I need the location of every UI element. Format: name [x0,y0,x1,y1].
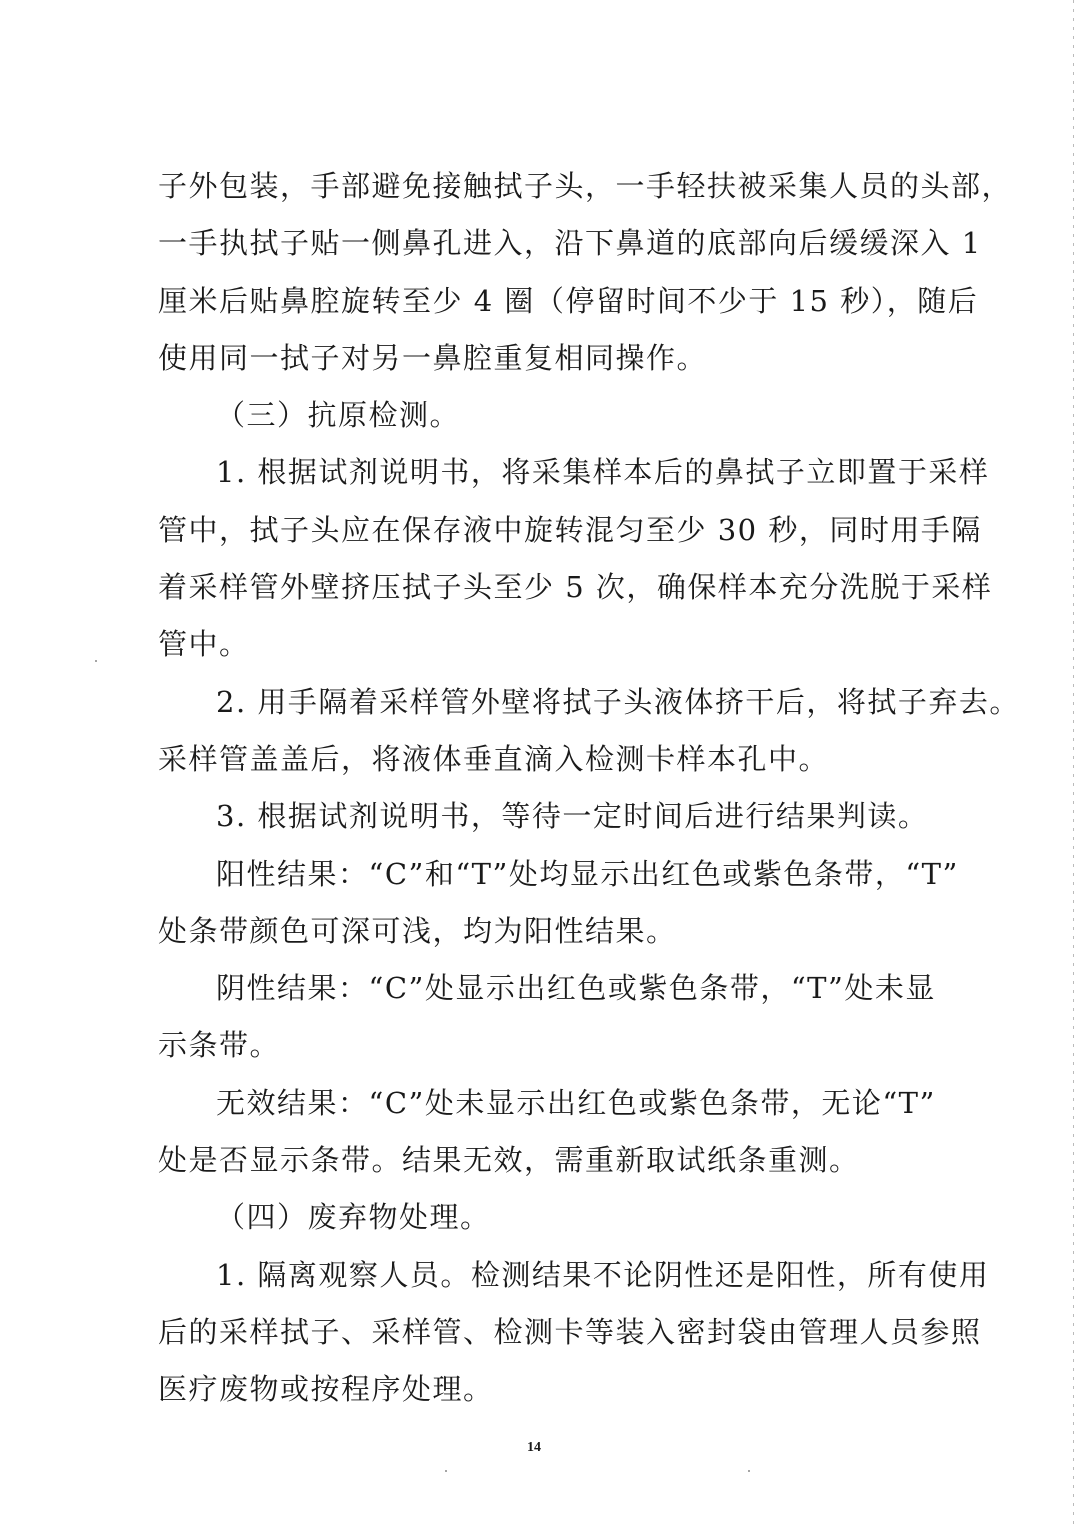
text-line: 使用同一拭子对另一鼻腔重复相同操作。 [158,330,908,387]
text-line: 3. 根据试剂说明书，等待一定时间后进行结果判读。 [158,788,908,845]
text-line: 1. 根据试剂说明书，将采集样本后的鼻拭子立即置于采样 [158,444,908,501]
document-page: 子外包装，手部避免接触拭子头，一手轻扶被采集人员的头部， 一手执拭子贴一侧鼻孔进… [0,0,1080,1525]
result-positive-line: 阳性结果：“C”和“T”处均显示出红色或紫色条带，“T” [158,846,908,903]
text-line: 处条带颜色可深可浅，均为阳性结果。 [158,903,908,960]
scan-speck [748,1470,750,1472]
scan-speck [445,1470,447,1472]
text-line: 管中。 [158,616,908,673]
text-line: 厘米后贴鼻腔旋转至少 4 圈（停留时间不少于 15 秒），随后 [158,273,908,330]
text-line: 1. 隔离观察人员。检测结果不论阴性还是阳性，所有使用 [158,1247,908,1304]
text-line: 子外包装，手部避免接触拭子头，一手轻扶被采集人员的头部， [158,158,908,215]
text-line: 后的采样拭子、采样管、检测卡等装入密封袋由管理人员参照 [158,1304,908,1361]
text-line: 医疗废物或按程序处理。 [158,1361,908,1418]
text-line: 2. 用手隔着采样管外壁将拭子头液体挤干后，将拭子弃去。 [158,674,908,731]
page-edge-divider [1073,0,1074,1525]
section-heading-waste-disposal: （四）废弃物处理。 [158,1189,908,1246]
text-line: 处是否显示条带。结果无效，需重新取试纸条重测。 [158,1132,908,1189]
result-invalid-line: 无效结果：“C”处未显示出红色或紫色条带，无论“T” [158,1075,908,1132]
result-negative-line: 阴性结果：“C”处显示出红色或紫色条带，“T”处未显 [158,960,908,1017]
page-body: 子外包装，手部避免接触拭子头，一手轻扶被采集人员的头部， 一手执拭子贴一侧鼻孔进… [158,158,908,1419]
scan-speck [95,660,97,662]
text-line: 示条带。 [158,1017,908,1074]
text-line: 采样管盖盖后，将液体垂直滴入检测卡样本孔中。 [158,731,908,788]
page-number: 14 [527,1440,541,1456]
text-line: 一手执拭子贴一侧鼻孔进入，沿下鼻道的底部向后缓缓深入 1 [158,215,908,272]
text-line: 管中，拭子头应在保存液中旋转混匀至少 30 秒，同时用手隔 [158,502,908,559]
text-line: 着采样管外壁挤压拭子头至少 5 次，确保样本充分洗脱于采样 [158,559,908,616]
section-heading-antigen-test: （三）抗原检测。 [158,387,908,444]
